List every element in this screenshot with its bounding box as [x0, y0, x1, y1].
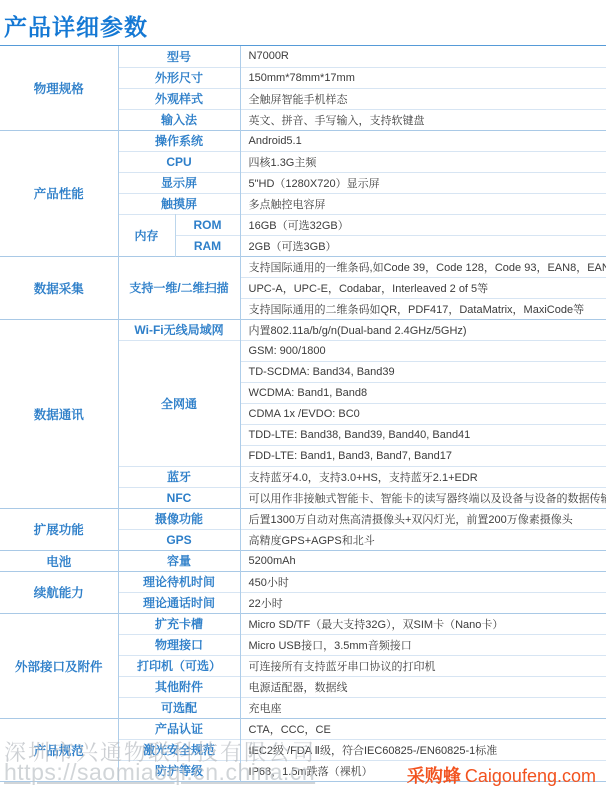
table-row: 续航能力 理论待机时间 450小时: [0, 571, 606, 592]
value-cell: UPC-A，UPC-E，Codabar，Interleaved 2 of 5等: [240, 277, 606, 298]
value-cell: CDMA 1x /EVDO: BC0: [240, 403, 606, 424]
value-cell: 高精度GPS+AGPS和北斗: [240, 529, 606, 550]
table-row: 产品性能 操作系统 Android5.1: [0, 130, 606, 151]
param-cell: ROM: [175, 214, 240, 235]
value-cell: 2GB（可选3GB）: [240, 235, 606, 256]
page-header: 产品详细参数: [0, 0, 606, 46]
param-cell: CPU: [118, 151, 240, 172]
table-row: 数据通讯 Wi-Fi无线局域网 内置802.11a/b/g/n(Dual-ban…: [0, 319, 606, 340]
value-cell: TD-SCDMA: Band34, Band39: [240, 361, 606, 382]
param-cell: 型号: [118, 46, 240, 67]
value-cell: N7000R: [240, 46, 606, 67]
value-cell: WCDMA: Band1, Band8: [240, 382, 606, 403]
table-row: 电池 容量 5200mAh: [0, 550, 606, 571]
param-cell: 激光安全规范: [118, 739, 240, 760]
category-cell: 电池: [0, 550, 118, 571]
table-row: 外部接口及附件 扩充卡槽 Micro SD/TF（最大支持32G），双SIM卡（…: [0, 613, 606, 634]
value-cell: 支持国际通用的二维条码如QR，PDF417，DataMatrix，MaxiCod…: [240, 298, 606, 319]
brand-domain: Caigoufeng.com: [465, 766, 596, 786]
param-cell: RAM: [175, 235, 240, 256]
category-cell: 续航能力: [0, 571, 118, 613]
table-row: 产品规范 产品认证 CTA，CCC，CE: [0, 718, 606, 739]
value-cell: 150mm*78mm*17mm: [240, 67, 606, 88]
param-cell: Wi-Fi无线局域网: [118, 319, 240, 340]
param-cell: 产品认证: [118, 718, 240, 739]
value-cell: 可以用作非接触式智能卡、智能卡的读写器终端以及设备与设备的数据传输: [240, 487, 606, 508]
param-cell: 其他附件: [118, 676, 240, 697]
value-cell: 22小时: [240, 592, 606, 613]
category-cell: 产品规范: [0, 718, 118, 781]
value-cell: Android5.1: [240, 130, 606, 151]
param-cell: 输入法: [118, 109, 240, 130]
value-cell: 英文、拼音、手写输入，支持软键盘: [240, 109, 606, 130]
value-cell: 后置1300万自动对焦高清摄像头+双闪灯光，前置200万像素摄像头: [240, 508, 606, 529]
param-cell: 可选配: [118, 697, 240, 718]
param-cell: NFC: [118, 487, 240, 508]
value-cell: IEC2级 /FDA Ⅱ级，符合IEC60825-/EN60825-1标准: [240, 739, 606, 760]
table-row: 物理规格 型号 N7000R: [0, 46, 606, 67]
table-row: 扩展功能 摄像功能 后置1300万自动对焦高清摄像头+双闪灯光，前置200万像素…: [0, 508, 606, 529]
param-cell: 外形尺寸: [118, 67, 240, 88]
value-cell: 支持国际通用的一维条码,如Code 39，Code 128，Code 93，EA…: [240, 256, 606, 277]
value-cell: 电源适配器，数据线: [240, 676, 606, 697]
brand-caigoufeng: 采购蜂Caigoufeng.com: [407, 762, 596, 788]
category-cell: 外部接口及附件: [0, 613, 118, 718]
value-cell: 多点触控电容屏: [240, 193, 606, 214]
category-cell: 数据通讯: [0, 319, 118, 508]
brand-bee-name: 采购蜂: [407, 766, 461, 786]
value-cell: 充电座: [240, 697, 606, 718]
value-cell: Micro SD/TF（最大支持32G），双SIM卡（Nano卡）: [240, 613, 606, 634]
value-cell: 5200mAh: [240, 550, 606, 571]
category-cell: 扩展功能: [0, 508, 118, 550]
spec-table: 物理规格 型号 N7000R 外形尺寸 150mm*78mm*17mm 外观样式…: [0, 46, 606, 782]
value-cell: 内置802.11a/b/g/n(Dual-band 2.4GHz/5GHz): [240, 319, 606, 340]
param-cell: 操作系统: [118, 130, 240, 151]
value-cell: 16GB（可选32GB）: [240, 214, 606, 235]
value-cell: 450小时: [240, 571, 606, 592]
value-cell: 支持蓝牙4.0，支持3.0+HS，支持蓝牙2.1+EDR: [240, 466, 606, 487]
param-cell: 物理接口: [118, 634, 240, 655]
category-cell: 物理规格: [0, 46, 118, 130]
param-cell-memory: 内存: [118, 214, 175, 256]
param-cell: 摄像功能: [118, 508, 240, 529]
param-cell: 全网通: [118, 340, 240, 466]
param-cell: 显示屏: [118, 172, 240, 193]
param-cell: 外观样式: [118, 88, 240, 109]
param-cell: 蓝牙: [118, 466, 240, 487]
param-cell: 理论通话时间: [118, 592, 240, 613]
param-cell: 扩充卡槽: [118, 613, 240, 634]
product-spec-page: 产品详细参数 物理规格 型号 N7000R 外形尺寸 150mm*78mm*17…: [0, 0, 606, 800]
param-cell: 理论待机时间: [118, 571, 240, 592]
value-cell: Micro USB接口，3.5mm音频接口: [240, 634, 606, 655]
value-cell: FDD-LTE: Band1, Band3, Band7, Band17: [240, 445, 606, 466]
page-title: 产品详细参数: [4, 9, 606, 42]
param-cell: 支持一维/二维扫描: [118, 256, 240, 319]
value-cell: CTA，CCC，CE: [240, 718, 606, 739]
category-cell: 数据采集: [0, 256, 118, 319]
value-cell: TDD-LTE: Band38, Band39, Band40, Band41: [240, 424, 606, 445]
value-cell: 全触屏智能手机样态: [240, 88, 606, 109]
param-cell: 容量: [118, 550, 240, 571]
value-cell: 可连接所有支持蓝牙串口协议的打印机: [240, 655, 606, 676]
param-cell: 打印机（可选）: [118, 655, 240, 676]
table-row: 数据采集 支持一维/二维扫描 支持国际通用的一维条码,如Code 39，Code…: [0, 256, 606, 277]
value-cell: GSM: 900/1800: [240, 340, 606, 361]
param-cell: GPS: [118, 529, 240, 550]
param-cell: 防护等级: [118, 760, 240, 781]
value-cell: 5"HD（1280X720）显示屏: [240, 172, 606, 193]
value-cell: 四核1.3G主频: [240, 151, 606, 172]
category-cell: 产品性能: [0, 130, 118, 256]
param-cell: 触摸屏: [118, 193, 240, 214]
